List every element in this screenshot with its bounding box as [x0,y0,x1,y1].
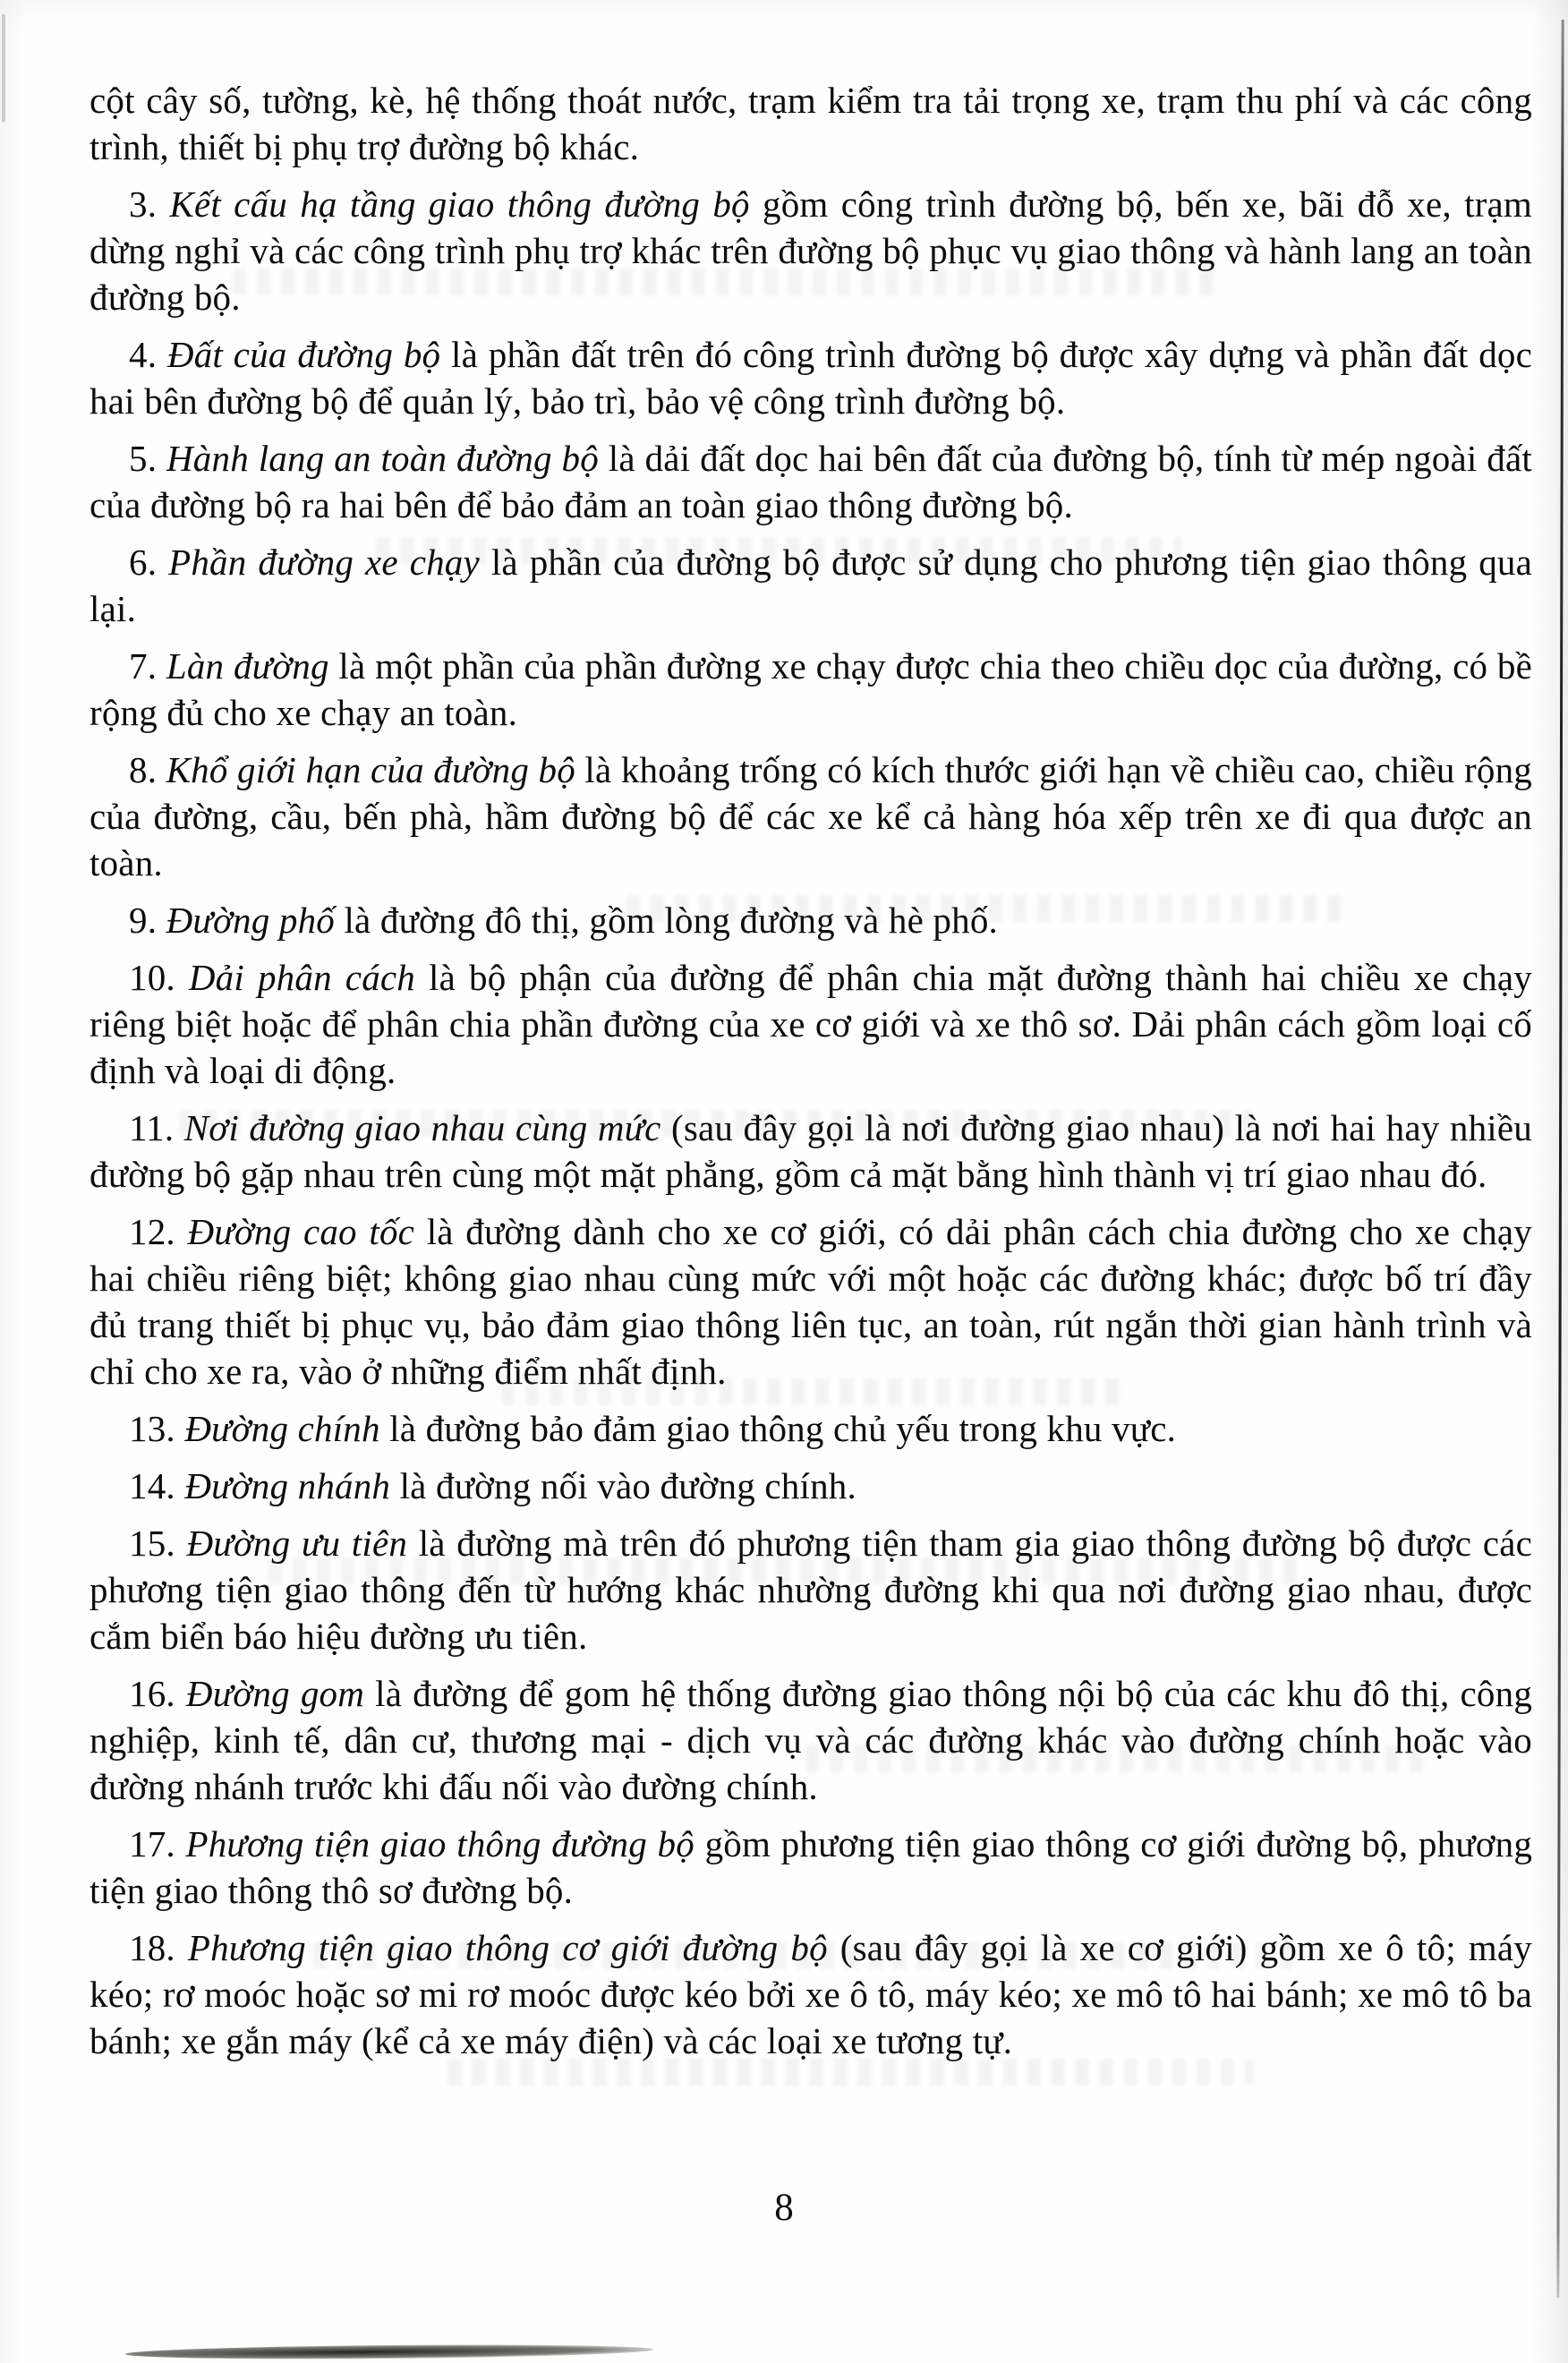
paragraph: 14. Đường nhánh là đường nối vào đường c… [89,1463,1532,1509]
paragraph: 9. Đường phố là đường đô thị, gồm lòng đ… [89,897,1532,943]
item-number: 5. [129,438,157,479]
paragraph: 15. Đường ưu tiên là đường mà trên đó ph… [89,1520,1532,1659]
paragraph: cột cây số, tường, kè, hệ thống thoát nư… [89,77,1532,170]
item-number: 8. [129,749,157,790]
paragraph: 18. Phương tiện giao thông cơ giới đường… [89,1924,1532,2064]
paragraph-text: là đường nối vào đường chính. [400,1465,856,1506]
paragraph: 6. Phần đường xe chạy là phần của đường … [89,539,1532,632]
item-number: 17. [129,1823,175,1864]
scan-left-streak [2,14,5,122]
paragraph: 3. Kết cấu hạ tầng giao thông đường bộ g… [89,181,1532,320]
defined-term: Phương tiện giao thông đường bộ [185,1823,695,1864]
item-number: 7. [129,645,157,687]
paragraph: 10. Dải phân cách là bộ phận của đường đ… [89,954,1532,1094]
paragraph: 16. Đường gom là đường để gom hệ thống đ… [89,1670,1532,1810]
defined-term: Phần đường xe chạy [168,542,480,583]
defined-term: Đường nhánh [184,1465,390,1506]
paragraph: 13. Đường chính là đường bảo đảm giao th… [89,1405,1532,1452]
paragraph: 17. Phương tiện giao thông đường bộ gồm … [89,1821,1532,1914]
defined-term: Dải phân cách [189,957,415,998]
scan-page-edge-line [1556,20,1564,2298]
scanned-document-page: cột cây số, tường, kè, hệ thống thoát nư… [0,0,1568,2363]
paragraph: 4. Đất của đường bộ là phần đất trên đó … [89,331,1532,424]
scan-bottom-smudge [125,2342,653,2360]
item-number: 10. [129,957,175,998]
paragraph-text: là đường đô thị, gồm lòng đường và hè ph… [344,900,998,941]
defined-term: Đường chính [184,1408,379,1449]
item-number: 16. [129,1673,175,1714]
defined-term: Nơi đường giao nhau cùng mức [184,1107,661,1148]
item-number: 4. [129,334,157,375]
paragraph: 12. Đường cao tốc là đường dành cho xe c… [89,1208,1532,1395]
defined-term: Kết cấu hạ tầng giao thông đường bộ [169,183,749,225]
defined-term: Đường phố [166,900,335,941]
paragraph-text: là đường bảo đảm giao thông chủ yếu tron… [389,1408,1176,1449]
item-number: 11. [129,1107,174,1148]
defined-term: Đường gom [186,1673,364,1714]
defined-term: Hành lang an toàn đường bộ [166,438,599,479]
paragraph-text: cột cây số, tường, kè, hệ thống thoát nư… [89,80,1532,167]
document-body-text: cột cây số, tường, kè, hệ thống thoát nư… [89,77,1532,2075]
defined-term: Làn đường [166,645,329,687]
item-number: 15. [129,1523,175,1564]
defined-term: Đường ưu tiên [186,1523,407,1564]
item-number: 13. [129,1408,175,1449]
paragraph: 7. Làn đường là một phần của phần đường … [89,643,1532,736]
defined-term: Khổ giới hạn của đường bộ [166,749,575,790]
item-number: 12. [129,1211,175,1252]
defined-term: Đất của đường bộ [167,334,440,375]
paragraph: 5. Hành lang an toàn đường bộ là dải đất… [89,435,1532,528]
paragraph: 11. Nơi đường giao nhau cùng mức (sau đâ… [89,1105,1532,1198]
item-number: 14. [129,1465,175,1506]
paragraph: 8. Khổ giới hạn của đường bộ là khoảng t… [89,746,1532,886]
item-number: 9. [129,900,157,941]
page-number: 8 [0,2186,1568,2230]
defined-term: Đường cao tốc [187,1211,414,1252]
defined-term: Phương tiện giao thông cơ giới đường bộ [188,1927,828,1968]
item-number: 3. [129,183,157,225]
item-number: 18. [129,1927,175,1968]
item-number: 6. [129,542,157,583]
